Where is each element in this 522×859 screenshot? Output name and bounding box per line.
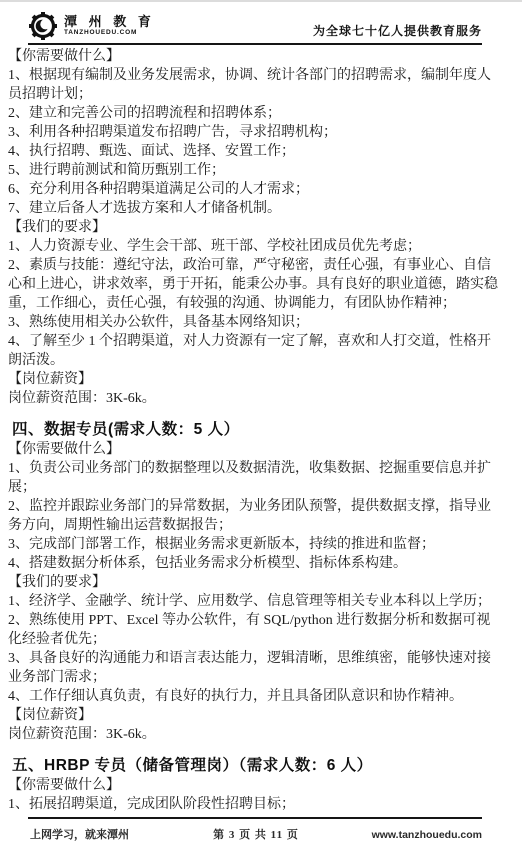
document-page: 潭 州 教 育 TANZHOUEDU.COM 为全球七十亿人提供教育服务 【你需… — [0, 0, 522, 859]
section-heading: 五、HRBP 专员（储备管理岗）（需求人数：6 人） — [12, 755, 496, 776]
page-number: 第 3 页 共 11 页 — [181, 826, 332, 842]
doc-line: 3、利用各种招聘渠道发布招聘广告，寻求招聘机构； — [8, 123, 496, 142]
doc-line: 1、负责公司业务部门的数据整理以及数据清洗，收集数据、挖掘重要信息并扩 — [8, 459, 496, 478]
section-label: 【你需要做什么】 — [8, 47, 496, 66]
doc-line: 4、了解至少 1 个招聘渠道，对人力资源有一定了解，喜欢和人打交道，性格开 — [8, 332, 496, 351]
doc-line: 2、监控并跟踪业务部门的异常数据，为业务团队预警，提供数据支撑，指导业 — [8, 497, 496, 516]
doc-line: 4、搭建数据分析体系，包括业务需求分析模型、指标体系构建。 — [8, 554, 496, 573]
doc-line: 员招聘计划； — [8, 85, 496, 104]
doc-line: 岗位薪资范围：3K-6k。 — [8, 389, 496, 408]
gear-crescent-moon-icon — [28, 11, 58, 41]
doc-line: 3、熟练使用相关办公软件，具备基本网络知识； — [8, 313, 496, 332]
doc-line: 务方向，周期性输出运营数据报告； — [8, 516, 496, 535]
doc-line: 4、工作仔细认真负责，有良好的执行力，并且具备团队意识和协作精神。 — [8, 687, 496, 706]
doc-line: 5、进行聘前测试和简历甄别工作； — [8, 161, 496, 180]
doc-line: 1、根据现有编制及业务发展需求，协调、统计各部门的招聘需求，编制年度人 — [8, 66, 496, 85]
doc-line: 业务部门需求； — [8, 668, 496, 687]
doc-line: 岗位薪资范围：3K-6k。 — [8, 725, 496, 744]
footer-website[interactable]: www.tanzhouedu.com — [331, 829, 482, 841]
section-label: 【你需要做什么】 — [8, 776, 496, 795]
doc-line: 7、建立后备人才选拔方案和人才储备机制。 — [8, 199, 496, 218]
brand-domain: TANZHOUEDU.COM — [64, 30, 155, 37]
brand-name: 潭 州 教 育 — [64, 15, 155, 28]
doc-line: 展； — [8, 478, 496, 497]
doc-line: 2、素质与技能：遵纪守法，政治可靠，严守秘密，责任心强，有事业心、自信 — [8, 256, 496, 275]
header-tagline: 为全球七十亿人提供教育服务 — [313, 22, 482, 43]
brand-logo: 潭 州 教 育 TANZHOUEDU.COM — [28, 11, 155, 43]
section-label: 【我们的要求】 — [8, 573, 496, 592]
document-body: 【你需要做什么】1、根据现有编制及业务发展需求，协调、统计各部门的招聘需求，编制… — [8, 47, 496, 814]
footer-slogan: 上网学习，就来潭州 — [28, 826, 181, 842]
section-heading: 四、数据专员(需求人数：5 人） — [12, 419, 496, 440]
page-header: 潭 州 教 育 TANZHOUEDU.COM 为全球七十亿人提供教育服务 — [28, 2, 482, 45]
section-label: 【你需要做什么】 — [8, 440, 496, 459]
doc-line: 重，工作细心，责任心强，有较强的沟通、协调能力，有团队协作精神； — [8, 294, 496, 313]
section-label: 【岗位薪资】 — [8, 370, 496, 389]
doc-line: 4、执行招聘、甄选、面试、选择、安置工作； — [8, 142, 496, 161]
section-label: 【岗位薪资】 — [8, 706, 496, 725]
page-footer: 上网学习，就来潭州 第 3 页 共 11 页 www.tanzhouedu.co… — [28, 817, 482, 842]
doc-line: 心和上进心，讲求效率，勇于开拓，能秉公办事。具有良好的职业道德，踏实稳 — [8, 275, 496, 294]
section-label: 【我们的要求】 — [8, 218, 496, 237]
doc-line: 朗活泼。 — [8, 351, 496, 370]
brand-text: 潭 州 教 育 TANZHOUEDU.COM — [64, 15, 155, 37]
doc-line: 1、经济学、金融学、统计学、应用数学、信息管理等相关专业本科以上学历； — [8, 592, 496, 611]
doc-line: 6、充分利用各种招聘渠道满足公司的人才需求； — [8, 180, 496, 199]
doc-line: 3、完成部门部署工作，根据业务需求更新版本，持续的推进和监督； — [8, 535, 496, 554]
doc-line: 3、具备良好的沟通能力和语言表达能力，逻辑清晰，思维缜密，能够快速对接 — [8, 649, 496, 668]
doc-line: 2、建立和完善公司的招聘流程和招聘体系； — [8, 104, 496, 123]
doc-line: 化经验者优先； — [8, 630, 496, 649]
doc-line: 2、熟练使用 PPT、Excel 等办公软件，有 SQL/python 进行数据… — [8, 611, 496, 630]
doc-line: 1、拓展招聘渠道，完成团队阶段性招聘目标； — [8, 795, 496, 814]
doc-line: 1、人力资源专业、学生会干部、班干部、学校社团成员优先考虑； — [8, 237, 496, 256]
